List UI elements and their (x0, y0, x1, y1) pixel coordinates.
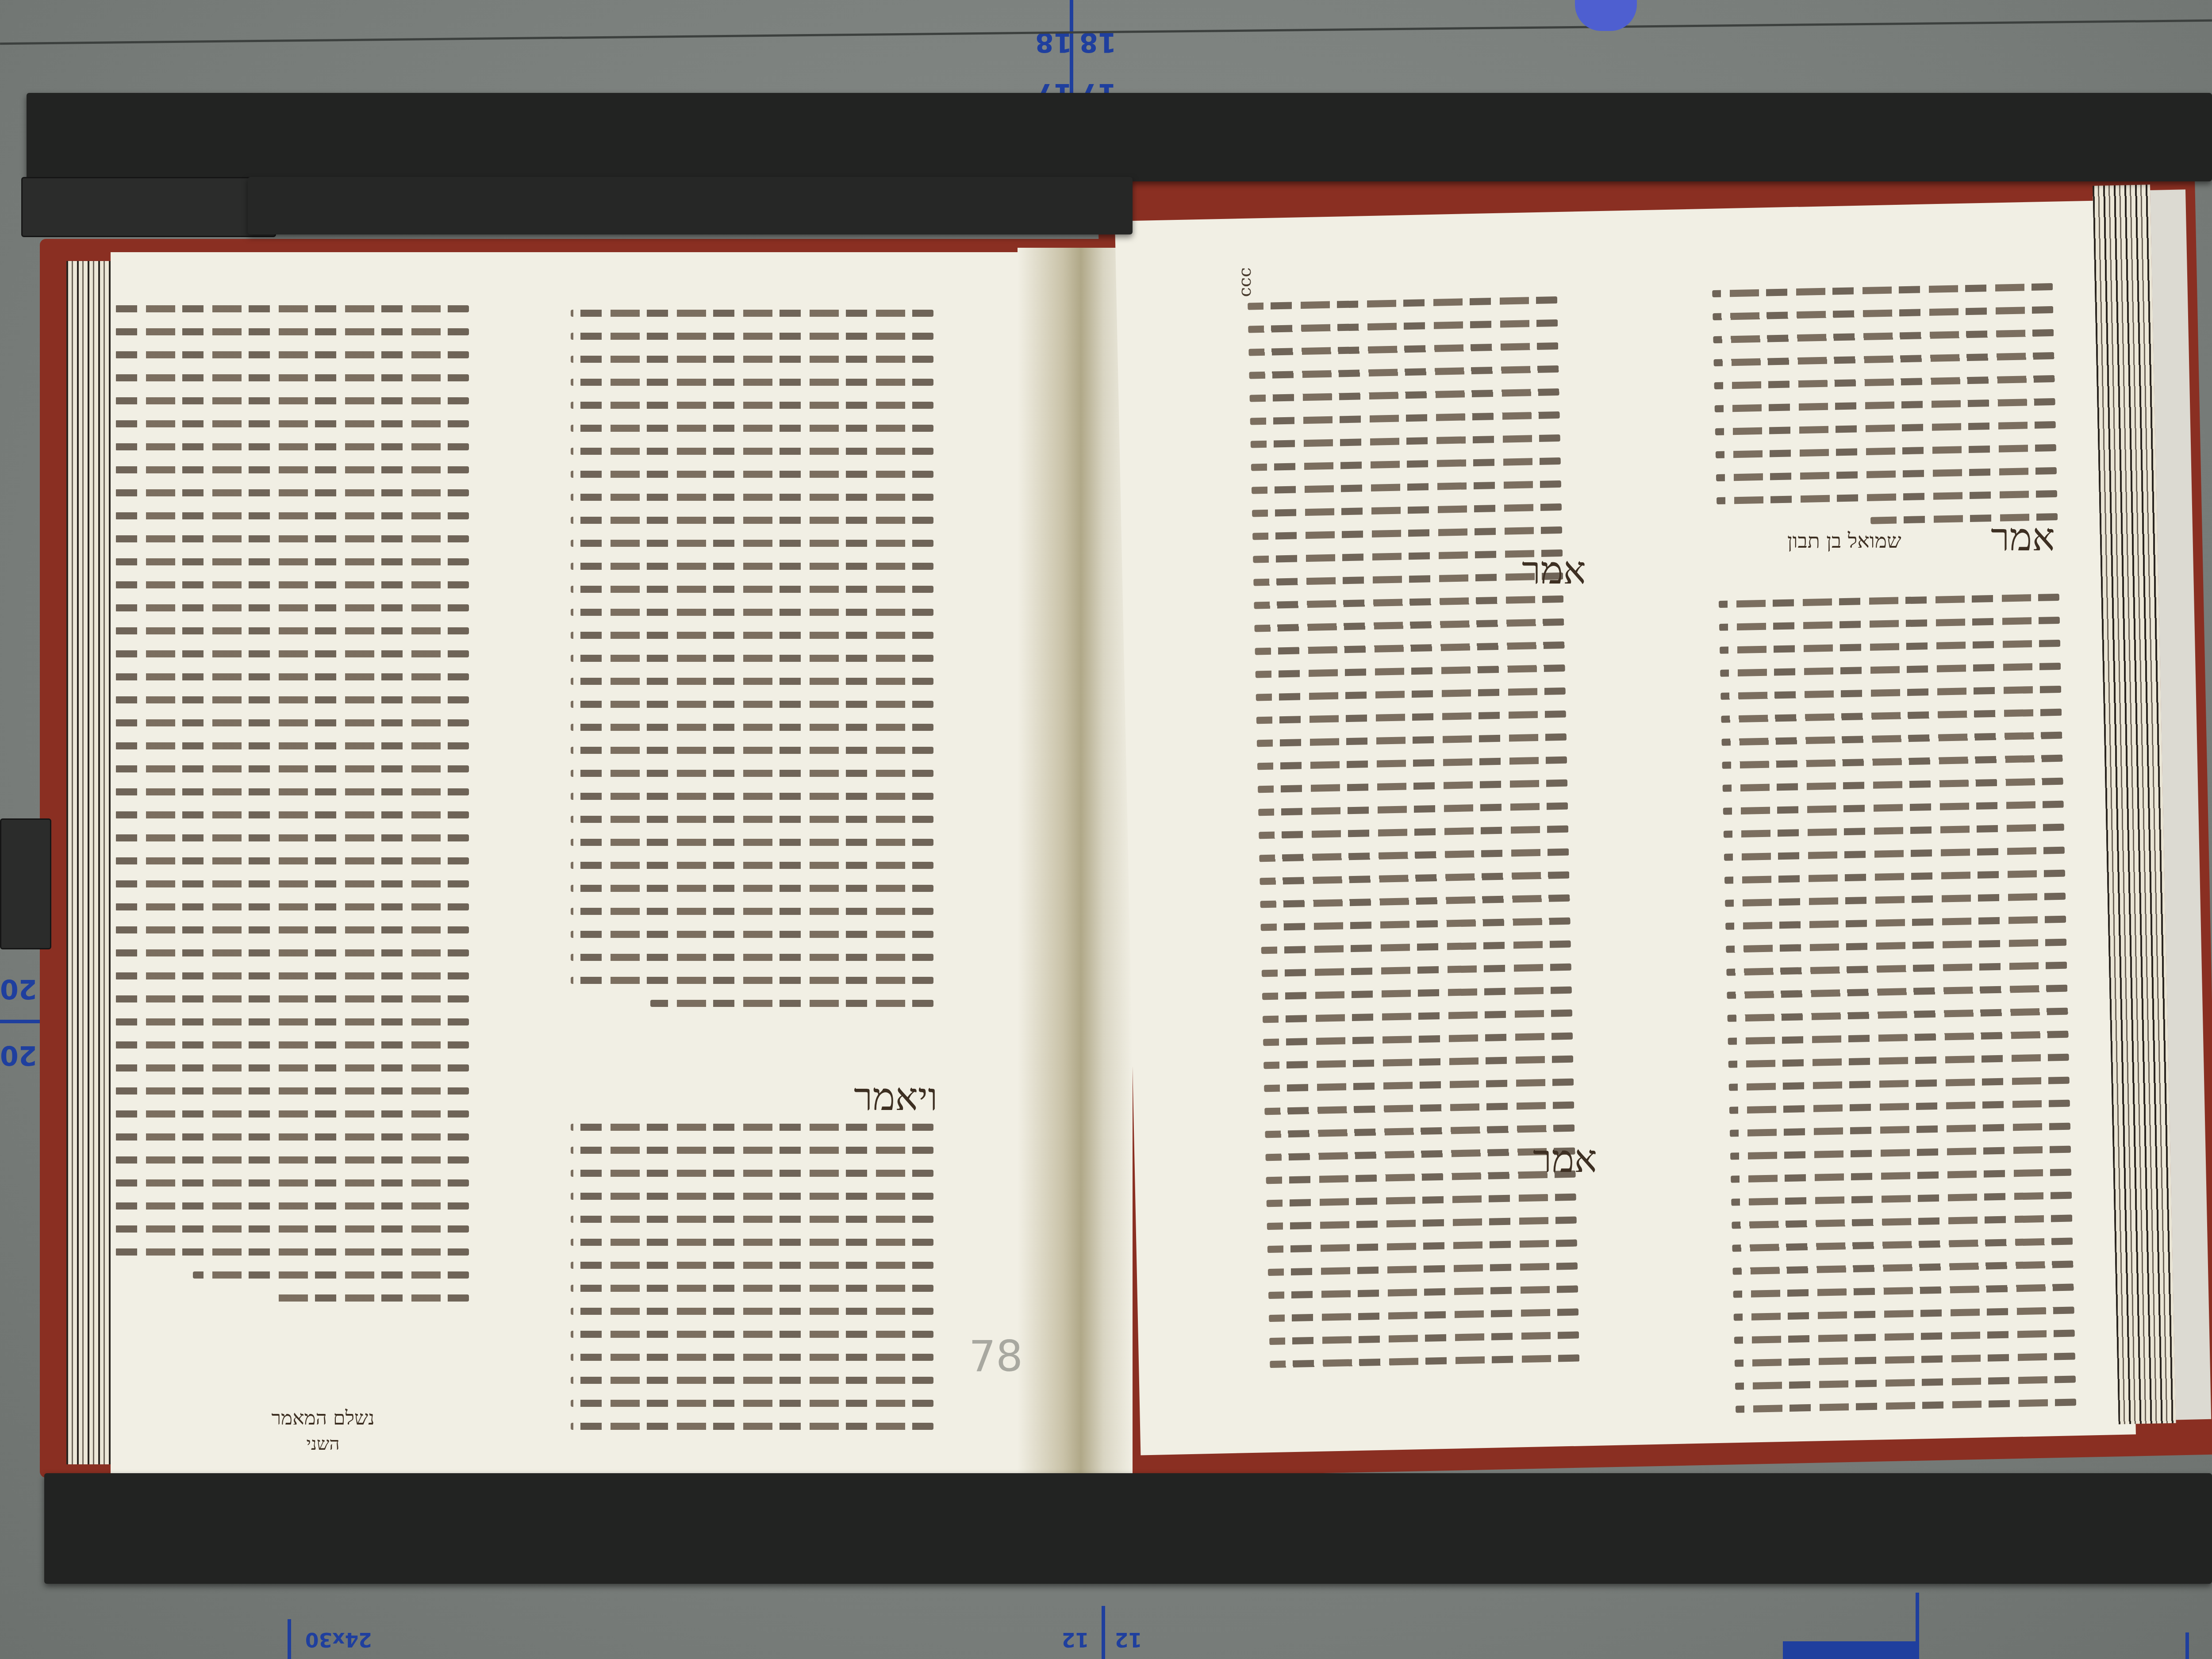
subheading: שמואל בן תבון (1787, 529, 1901, 553)
section-heading: אמר (1991, 515, 2055, 560)
ruler-block (1783, 1641, 1916, 1659)
ruler-line-bottom (288, 1619, 291, 1659)
ruler-label: 20 (0, 973, 37, 1004)
ruler-label: 12 (1062, 1628, 1089, 1651)
section-heading: אמר (1533, 1137, 1597, 1181)
left-page-inner-column (571, 310, 933, 1023)
section-heading: אמר (1522, 549, 1586, 593)
gutter (1018, 248, 1133, 1482)
upper-strap-band (248, 177, 1133, 234)
ruler-label: 24x30 (305, 1628, 372, 1651)
ruler-label: 12 (1115, 1628, 1142, 1651)
right-page-outer-column (1712, 283, 2077, 1429)
folio-number: 78 (969, 1332, 1023, 1381)
right-page-inner-column (1248, 296, 1580, 1384)
top-weight (21, 177, 276, 237)
marginal-mark: ccc (1235, 267, 1255, 297)
closing-line: השני (279, 1433, 367, 1454)
top-strap (27, 93, 2212, 181)
ruler-label: 20 (0, 1040, 37, 1071)
side-clip (0, 818, 51, 949)
ruler-line-bottom (1102, 1606, 1105, 1659)
page-edge-left (66, 261, 115, 1464)
left-page-outer-column (115, 305, 469, 1317)
closing-line: נשלם המאמר (257, 1407, 389, 1429)
ruler-line-bottom (1916, 1593, 1919, 1659)
ruler-line-bottom (2185, 1632, 2189, 1659)
section-heading: ויאמר (854, 1075, 937, 1119)
bottom-strap (44, 1473, 2212, 1584)
left-page-inner-column-lower (571, 1124, 933, 1446)
